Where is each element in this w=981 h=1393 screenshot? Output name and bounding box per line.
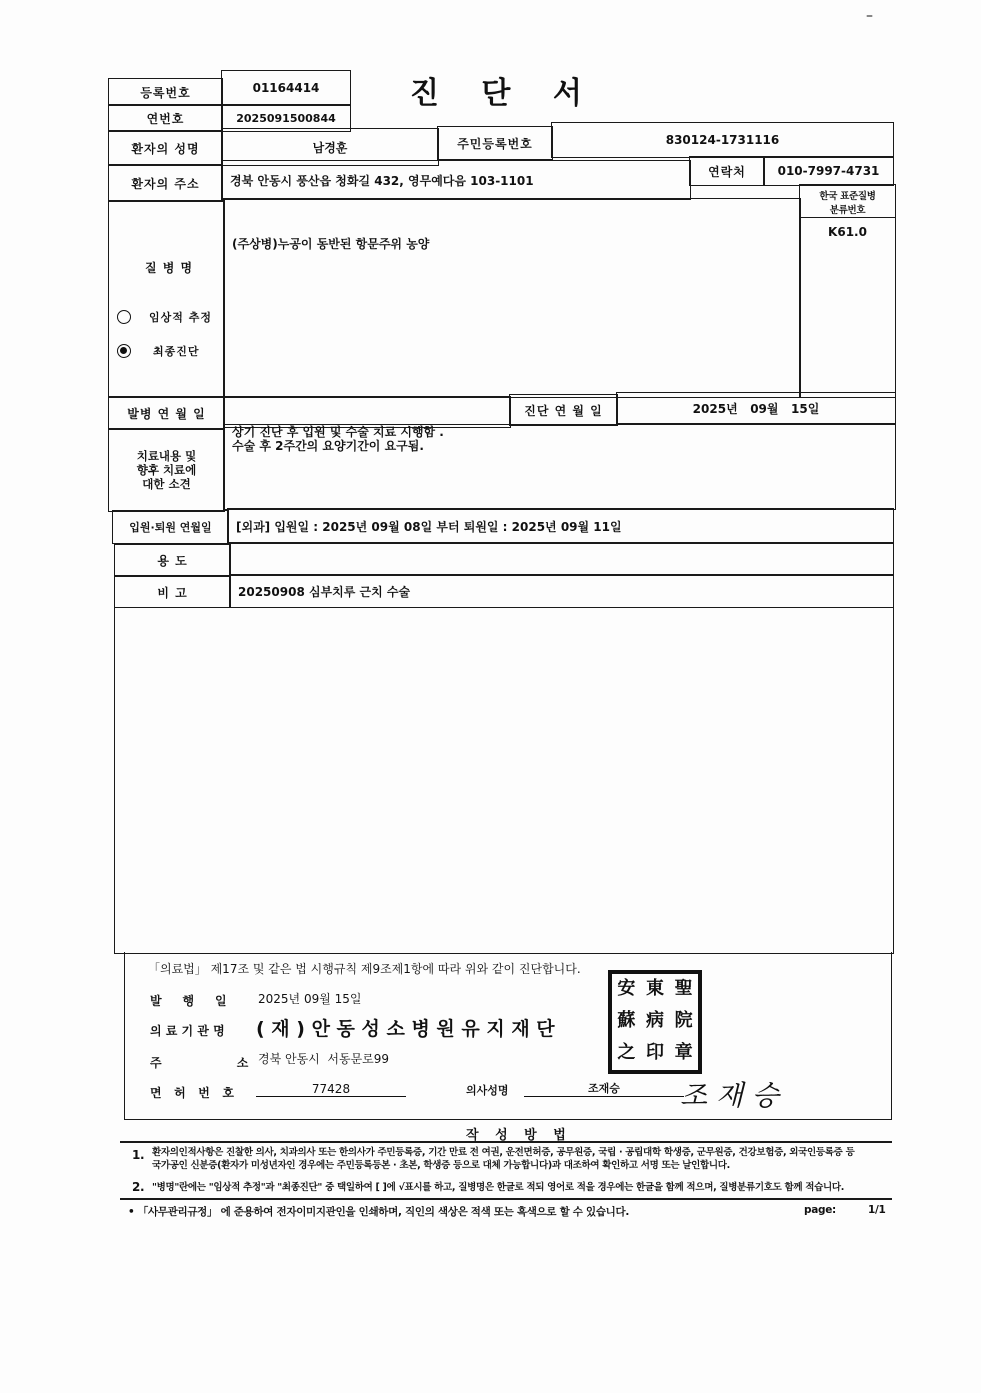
page-title: 진 단 서 bbox=[410, 68, 598, 112]
treatment-label: 치료내용 및 향후 치료에 대한 소견 bbox=[108, 428, 225, 512]
instruction-2-number: 2. bbox=[132, 1180, 144, 1194]
institution-address: 경북 안동시 서동문로99 bbox=[258, 1050, 389, 1067]
doctor-name: 조재승 bbox=[524, 1080, 684, 1097]
admission-value: [외과] 입원일 : 2025년 09월 08일 부터 퇴원일 : 2025년 … bbox=[227, 508, 894, 544]
remarks-label: 비 고 bbox=[114, 576, 231, 608]
contact-label: 연락처 bbox=[689, 156, 765, 186]
instruction-1: 환자의인적사항은 진찰한 의사, 치과의사 또는 한의사가 주민등록증, 기간 … bbox=[152, 1146, 892, 1172]
kcd-label-line2: 분류번호 bbox=[800, 202, 895, 216]
footer-note: • 「사무관리규정」 에 준용하여 전자이미지관인을 인쇄하며, 직인의 색상은… bbox=[128, 1204, 629, 1219]
doctor-signature: 조 재 승 bbox=[680, 1074, 779, 1114]
kcd-code: K61.0 bbox=[800, 225, 895, 239]
instruction-2: "병명"란에는 "임상적 추정"과 "최종진단" 중 택일하여 [ ]에 √표시… bbox=[152, 1179, 892, 1193]
corner-mark: – bbox=[866, 8, 873, 24]
resident-number-value: 830124-1731116 bbox=[551, 122, 894, 158]
institution-name: ( 재 ) 안 동 성 소 병 원 유 지 재 단 bbox=[256, 1014, 555, 1041]
issue-date-label: 발 행 일 bbox=[150, 992, 227, 1009]
patient-name-label: 환자의 성명 bbox=[108, 130, 223, 166]
purpose-value bbox=[229, 542, 894, 576]
registration-number-value: 01164414 bbox=[221, 70, 351, 106]
institution-label: 의 료 기 관 명 bbox=[150, 1022, 225, 1039]
issue-date-value: 2025년 09월 15일 bbox=[258, 990, 361, 1007]
purpose-label: 용 도 bbox=[114, 544, 231, 576]
official-seal-stamp: 安 東 聖 蘇 病 院 之 印 章 bbox=[608, 970, 702, 1074]
kcd-cell: 한국 표준질병 분류번호 K61.0 bbox=[799, 184, 896, 398]
resident-number-label: 주민등록번호 bbox=[437, 126, 553, 160]
serial-number-label: 연번호 bbox=[108, 104, 223, 132]
kcd-label-line1: 한국 표준질병 bbox=[800, 188, 895, 202]
instruction-1-number: 1. bbox=[132, 1148, 144, 1162]
disease-value: (주상병)누공이 동반된 항문주위 농양 bbox=[232, 235, 429, 252]
divider bbox=[120, 1141, 892, 1143]
treatment-value: 상기 진단 후 입원 및 수술 치료 시행함 . 수술 후 2주간의 요양기간이… bbox=[223, 424, 896, 510]
issuance-statement: 「의료법」 제17조 및 같은 법 시행규칙 제9조제1항에 따라 위와 같이 … bbox=[148, 960, 581, 977]
patient-address-label: 환자의 주소 bbox=[108, 164, 223, 202]
contact-value: 010-7997-4731 bbox=[763, 156, 894, 186]
option-clinical-estimate[interactable]: 임상적 추정 bbox=[117, 309, 212, 325]
page-label: page: bbox=[804, 1204, 836, 1216]
disease-value-cell: (주상병)누공이 동반된 항문주위 농양 bbox=[223, 198, 801, 398]
license-label: 면 허 번 호 bbox=[150, 1084, 234, 1101]
divider bbox=[120, 1198, 892, 1200]
blank-area bbox=[114, 606, 894, 954]
diagnosis-date-label: 진단 연 월 일 bbox=[509, 394, 618, 426]
admission-label: 입원·퇴원 연월일 bbox=[112, 510, 229, 544]
onset-date-label: 발병 연 월 일 bbox=[108, 396, 225, 430]
disease-label-cell: 질 병 명 임상적 추정 최종진단 bbox=[108, 200, 225, 398]
institution-address-label: 주 소 bbox=[150, 1054, 248, 1071]
diagnosis-date-value: 2025년 09월 15일 bbox=[616, 392, 896, 424]
registration-number-label: 등록번호 bbox=[108, 78, 223, 106]
radio-selected-icon[interactable] bbox=[117, 344, 131, 358]
option-final-diagnosis[interactable]: 최종진단 bbox=[117, 343, 200, 359]
doctor-name-label: 의사성명 bbox=[466, 1082, 509, 1098]
remarks-value: 20250908 심부치루 근치 수술 bbox=[229, 574, 894, 608]
patient-address-value: 경북 안동시 풍산읍 청화길 432, 영무예다음 103-1101 bbox=[221, 160, 691, 200]
license-number: 77428 bbox=[256, 1082, 406, 1097]
page-number: 1/1 bbox=[868, 1204, 886, 1216]
radio-unselected-icon[interactable] bbox=[117, 310, 131, 324]
disease-label: 질 병 명 bbox=[145, 259, 193, 276]
